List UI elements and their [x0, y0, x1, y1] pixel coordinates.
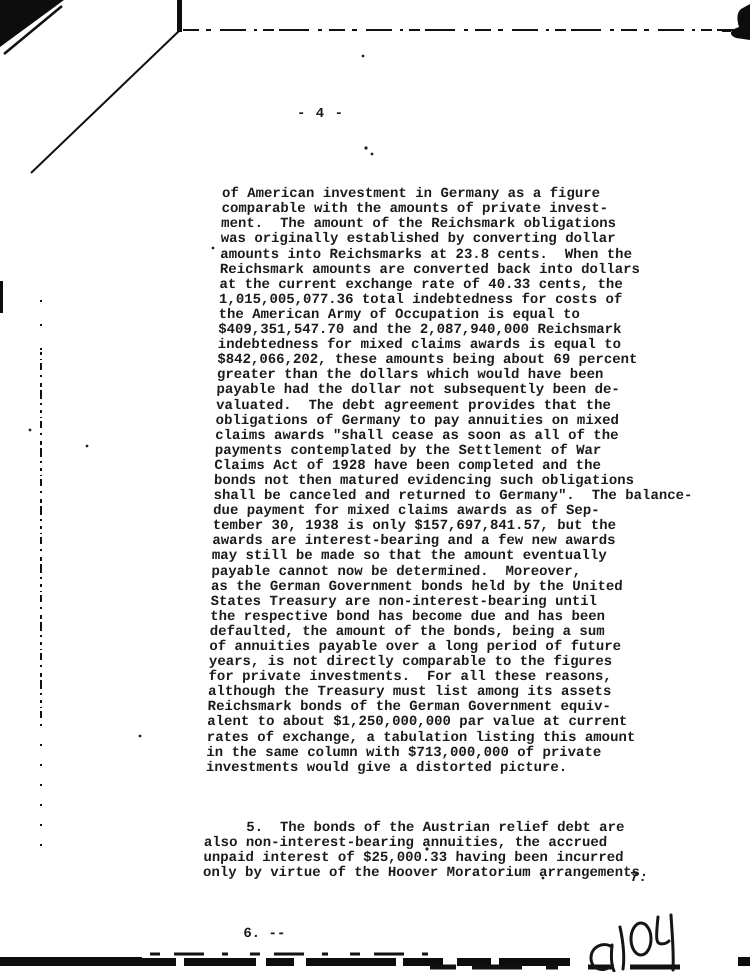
page-number-header: - 4 - — [297, 107, 344, 122]
page-number-footer: 7. — [630, 871, 647, 886]
paragraph-4-continuation: of American investment in Germany as a f… — [206, 187, 701, 776]
corner-fold-edge-line — [4, 6, 62, 54]
bottom-right-blob — [738, 957, 750, 966]
diagonal-crease-line — [31, 31, 179, 173]
paragraph-6: 6. -- — [201, 927, 680, 942]
top-right-blob — [731, 4, 750, 40]
corner-fold-artifact — [0, 0, 64, 47]
document-page: - 4 - of American investment in Germany … — [0, 0, 750, 972]
top-tick-mark — [177, 0, 182, 32]
bottom-band-solid — [0, 957, 142, 966]
left-edge-mark — [0, 281, 3, 313]
document-body: of American investment in Germany as a f… — [200, 157, 702, 972]
paragraph-5: 5. The bonds of the Austrian relief debt… — [203, 821, 684, 881]
top-right-dash — [722, 29, 731, 32]
